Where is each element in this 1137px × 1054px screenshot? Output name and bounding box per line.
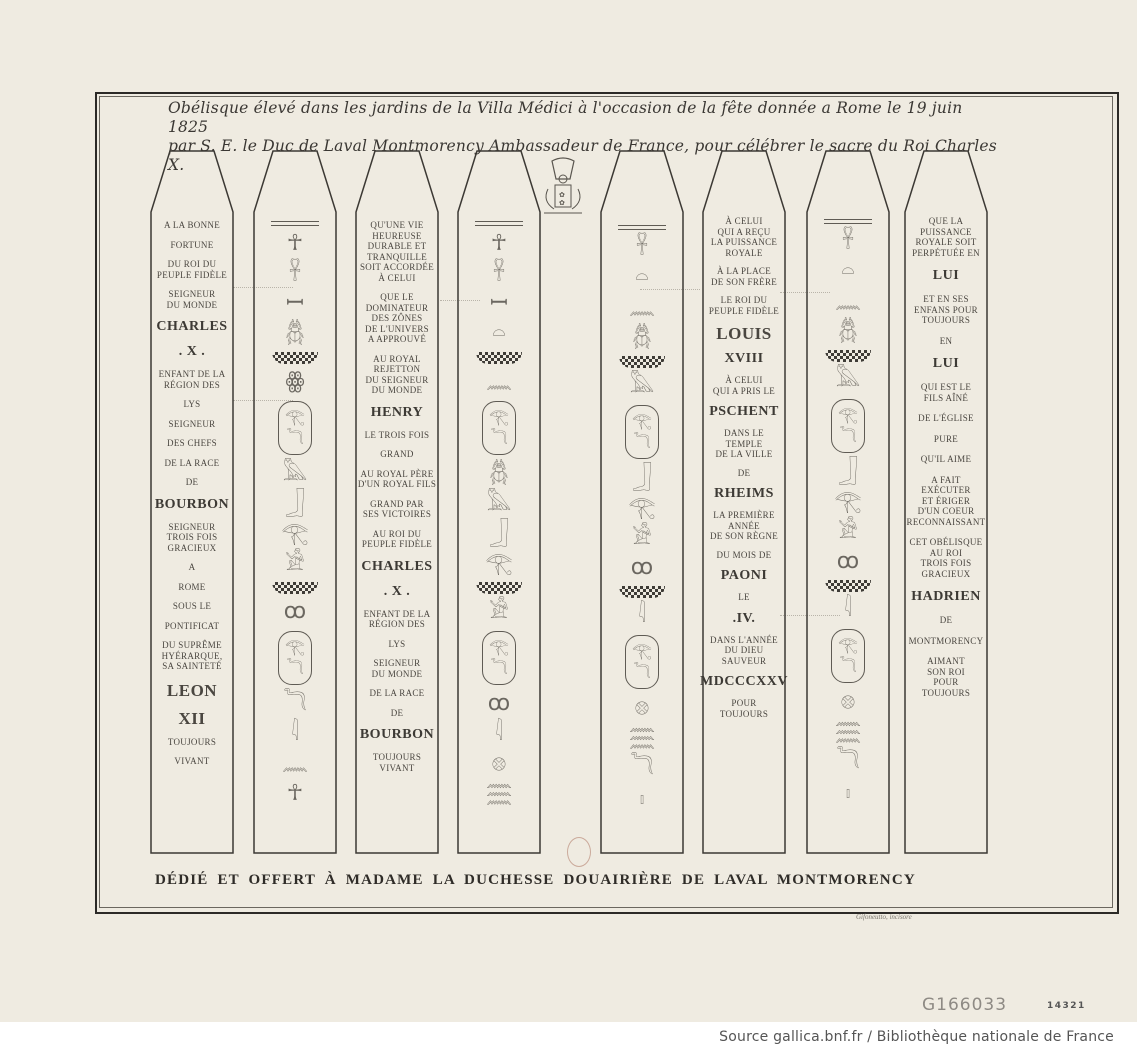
hieroglyph-icon: 𓆓: [490, 658, 507, 680]
inscription-line: vivant: [174, 756, 209, 767]
hieroglyph-icon: 𓂀: [632, 640, 652, 662]
hieroglyph-icon: 𓇋: [638, 601, 646, 631]
inscription-line: XVIII: [724, 351, 763, 367]
lintel-icon: [271, 221, 319, 226]
inscription-line: des chefs: [167, 438, 217, 449]
obelisk-6: à celui qui a reçu la puissance royaleà …: [702, 150, 786, 854]
inscription-line: LUI: [933, 356, 959, 372]
inscription-line: cet obélisque au roi trois fois gracieux: [910, 537, 983, 579]
obelisk-2: ☥𓋹ꟷ𓆣ꙮ𓂀𓆓𓅓𓃀𓂀𓀀ꝏ𓂀𓆓𓆓𓇋𓈖☥: [253, 150, 337, 854]
inscription-line: pour toujours: [720, 698, 768, 719]
hieroglyph-icon: 𓊖: [635, 693, 650, 723]
obelisk-2-hieroglyphs: ☥𓋹ꟷ𓆣ꙮ𓂀𓆓𓅓𓃀𓂀𓀀ꝏ𓂀𓆓𓆓𓇋𓈖☥: [263, 218, 327, 809]
inscription-line: enfant de la région des: [159, 369, 226, 390]
inscription-line: enfant de la région des: [364, 609, 431, 630]
hieroglyph-icon: ꝏ: [631, 553, 653, 583]
engraving-sheet: Obélisque élevé dans les jardins de la V…: [0, 0, 1137, 1022]
hieroglyph-icon: 𓈗: [486, 779, 512, 809]
basket-glyph-icon: [476, 352, 522, 364]
hieroglyph-icon: 𓈖: [835, 287, 861, 317]
hieroglyph-icon: 𓏏: [635, 263, 649, 293]
hieroglyph-icon: 𓅓: [487, 489, 512, 519]
inscription-line: et en ses enfans pour toujours: [914, 294, 978, 326]
obelisk-1: A la bonnefortunedu roi du peuple fidèle…: [150, 150, 234, 854]
obelisk-6-inscription: à celui qui a reçu la puissance royaleà …: [702, 216, 786, 719]
hieroglyph-icon: 𓂀: [489, 406, 509, 428]
cartouche-icon: 𓂀𓆓: [831, 629, 865, 683]
hieroglyph-icon: 𓆓: [286, 658, 303, 680]
obelisk-7: 𓋹𓏏𓈖𓆣𓅓𓂀𓆓𓃀𓂀𓀀ꝏ𓇋𓂀𓆓𓊖𓈗𓆓𓏤: [806, 150, 890, 854]
inscription-line: . X .: [384, 584, 411, 600]
inscription-line: fortune: [170, 240, 213, 251]
hieroglyph-icon: 𓇋: [844, 595, 852, 625]
obelisk-3-inscription: qu'une vie heureuse durable et tranquill…: [355, 220, 439, 773]
hieroglyph-icon: ꝏ: [837, 547, 859, 577]
inscription-line: HADRIEN: [911, 589, 981, 605]
cartouche-icon: 𓂀𓆓: [625, 405, 659, 459]
obelisk-8: que la puissance royale soit perpétuée e…: [904, 150, 988, 854]
lintel-icon: [618, 225, 666, 230]
inscription-line: du mois de: [716, 550, 771, 561]
hieroglyph-icon: 𓋹: [636, 233, 648, 263]
hieroglyph-icon: 𓀀: [285, 549, 305, 579]
inscription-line: CHARLES: [361, 559, 432, 575]
basket-glyph-icon: [272, 582, 318, 594]
hieroglyph-icon: 𓏤: [846, 777, 851, 807]
cartouche-icon: 𓂀𓆓: [625, 635, 659, 689]
cartouche-icon: 𓂀𓆓: [831, 399, 865, 453]
hieroglyph-icon: ☥: [287, 229, 303, 259]
hieroglyph-icon: 𓏤: [640, 783, 645, 813]
inscription-line: grand par ses victoires: [363, 499, 431, 520]
hieroglyph-icon: 𓆣: [632, 323, 652, 353]
obelisk-3: qu'une vie heureuse durable et tranquill…: [355, 150, 439, 854]
inscription-line: MONTMORENCY: [909, 636, 984, 647]
inscription-line: CHARLES: [156, 319, 227, 335]
hieroglyph-icon: 𓇋: [291, 719, 299, 749]
obelisk-4-hieroglyphs: ☥𓋹ꟷ𓏏𓈖𓂀𓆓𓆣𓅓𓃀𓂀𓀀𓂀𓆓ꝏ𓇋𓊖𓈗: [467, 218, 531, 809]
inscription-line: PAONI: [721, 568, 768, 584]
dedication-line: DÉDIÉ ET OFFERT À MADAME LA DUCHESSE DOU…: [155, 872, 995, 889]
title-line-1: Obélisque élevé dans les jardins de la V…: [168, 99, 998, 137]
svg-text:✿: ✿: [559, 191, 565, 199]
inscription-line: au roi du peuple fidèle: [362, 529, 432, 550]
inscription-line: la première année de son règne: [710, 510, 778, 542]
library-stamp: [567, 837, 591, 867]
hieroglyph-icon: 𓂀: [281, 519, 308, 549]
inscription-line: XII: [178, 709, 205, 728]
inscription-line: grand: [380, 449, 414, 460]
source-credit: Source gallica.bnf.fr / Bibliothèque nat…: [719, 1029, 1114, 1045]
inscription-line: le roi du peuple fidèle: [709, 295, 779, 316]
inscription-line: le: [738, 592, 750, 603]
inscription-line: à celui qui a reçu la puissance royale: [711, 216, 777, 258]
obelisk-7-hieroglyphs: 𓋹𓏏𓈖𓆣𓅓𓂀𓆓𓃀𓂀𓀀ꝏ𓇋𓂀𓆓𓊖𓈗𓆓𓏤: [816, 216, 880, 807]
hieroglyph-icon: 𓀀: [632, 523, 652, 553]
hieroglyph-icon: 𓂀: [632, 410, 652, 432]
hieroglyph-icon: 𓆓: [839, 656, 856, 678]
hieroglyph-icon: 𓋹: [493, 259, 505, 289]
inscription-line: A la bonne: [164, 220, 220, 231]
hieroglyph-icon: 𓃀: [632, 463, 652, 493]
hieroglyph-icon: ꝏ: [284, 597, 306, 627]
inscription-line: toujours: [168, 737, 216, 748]
inscription-line: pure: [934, 434, 958, 445]
basket-glyph-icon: [619, 356, 665, 368]
inscription-line: qu'il aime: [921, 454, 972, 465]
inscription-line: dans le temple de la ville: [715, 428, 772, 460]
engraver-signature: Gifoneutto, incisore: [856, 913, 912, 921]
hieroglyph-icon: 𓅓: [836, 365, 861, 395]
hieroglyph-icon: 𓈖: [629, 293, 655, 323]
basket-glyph-icon: [476, 582, 522, 594]
hieroglyph-icon: 𓂀: [834, 487, 861, 517]
hieroglyph-icon: 𓃀: [838, 457, 858, 487]
lintel-icon: [824, 219, 872, 224]
hieroglyph-icon: 𓇋: [495, 719, 503, 749]
inscription-line: à celui qui a pris le: [713, 375, 775, 396]
cartouche-icon: 𓂀𓆓: [278, 631, 312, 685]
hieroglyph-icon: 𓈗: [629, 723, 655, 753]
inscription-line: au royal rejetton du seigneur du monde: [365, 354, 428, 396]
hieroglyph-icon: 𓅓: [630, 371, 655, 401]
inscription-line: du suprême hyérarque, sa sainteté: [162, 640, 223, 672]
inscription-line: dans l'année du dieu sauveur: [710, 635, 778, 667]
inscription-line: qui est le fils aîné: [921, 382, 971, 403]
hieroglyph-icon: 𓂀: [838, 634, 858, 656]
basket-glyph-icon: [825, 580, 871, 592]
inscription-line: LUI: [933, 268, 959, 284]
cartouche-icon: 𓂀𓆓: [482, 631, 516, 685]
hieroglyph-icon: 𓆣: [838, 317, 858, 347]
inscription-line: BOURBON: [155, 497, 229, 513]
hieroglyph-icon: 𓂀: [489, 636, 509, 658]
inscription-line: de: [186, 477, 199, 488]
hieroglyph-icon: 𓂀: [285, 636, 305, 658]
lintel-icon: [475, 221, 523, 226]
hieroglyph-icon: 𓆓: [286, 428, 303, 450]
inscription-line: LEON: [167, 681, 217, 700]
hieroglyph-icon: 𓏏: [841, 257, 855, 287]
hieroglyph-icon: 𓂀: [285, 406, 305, 428]
hieroglyph-icon: 𓀀: [838, 517, 858, 547]
inscription-line: PSCHENT: [709, 404, 779, 420]
hieroglyph-icon: 𓊖: [841, 687, 856, 717]
inscription-line: HENRY: [371, 405, 424, 421]
inscription-line: toujours vivant: [373, 752, 421, 773]
hieroglyph-icon: ☥: [287, 779, 303, 809]
inscription-line: seigneur du monde: [372, 658, 423, 679]
hieroglyph-icon: 𓃀: [285, 489, 305, 519]
hieroglyph-icon: ꟷ: [286, 289, 304, 319]
inscription-line: de la race: [164, 458, 219, 469]
hieroglyph-icon: 𓂀: [838, 404, 858, 426]
hieroglyph-icon: ꝏ: [488, 689, 510, 719]
basket-glyph-icon: [825, 350, 871, 362]
inscription-line: seigneur du monde: [167, 289, 218, 310]
obelisk-1-inscription: A la bonnefortunedu roi du peuple fidèle…: [150, 220, 234, 767]
royal-emblem-icon: ✿ ✿: [540, 157, 586, 219]
hieroglyph-icon: 𓏏: [492, 319, 506, 349]
hieroglyph-icon: ꟷ: [490, 289, 508, 319]
hieroglyph-icon: 𓊖: [492, 749, 507, 779]
inscription-line: sous le: [173, 601, 211, 612]
inscription-line: de: [738, 468, 751, 479]
hieroglyph-icon: 𓆣: [285, 319, 305, 349]
hieroglyph-icon: 𓆓: [630, 753, 654, 783]
obelisk-4: ☥𓋹ꟷ𓏏𓈖𓂀𓆓𓆣𓅓𓃀𓂀𓀀𓂀𓆓ꝏ𓇋𓊖𓈗: [457, 150, 541, 854]
inscription-line: que le dominateur des zônes de l'univers…: [365, 292, 429, 345]
basket-glyph-icon: [272, 352, 318, 364]
inscription-line: MDCCCXXV: [700, 674, 788, 690]
hieroglyph-icon: 𓂀: [485, 549, 512, 579]
hieroglyph-icon: 𓆓: [490, 428, 507, 450]
svg-text:✿: ✿: [559, 199, 565, 207]
shelfmark: G166033: [922, 995, 1007, 1015]
hieroglyph-icon: 𓋹: [289, 259, 301, 289]
inscription-line: LYS: [388, 639, 405, 650]
cartouche-icon: 𓂀𓆓: [482, 401, 516, 455]
inscription-line: de la race: [369, 688, 424, 699]
hieroglyph-icon: 𓆓: [839, 426, 856, 448]
inscription-line: pontificat: [165, 621, 220, 632]
hieroglyph-icon: ꙮ: [285, 367, 304, 397]
hieroglyph-icon: 𓆓: [633, 662, 650, 684]
inscription-line: qu'une vie heureuse durable et tranquill…: [360, 220, 434, 283]
inscription-line: aimant son roi pour toujours: [922, 656, 970, 698]
inscription-line: que la puissance royale soit perpétuée e…: [912, 216, 980, 258]
inscription-line: LYS: [183, 399, 200, 410]
inscription-line: en: [940, 336, 953, 347]
inscription-line: du roi du peuple fidèle: [157, 259, 227, 280]
cartouche-icon: 𓂀𓆓: [278, 401, 312, 455]
obelisk-8-inscription: que la puissance royale soit perpétuée e…: [904, 216, 988, 698]
inscription-line: A: [189, 562, 196, 573]
inscription-line: . X .: [179, 344, 206, 360]
hieroglyph-icon: 𓆓: [633, 432, 650, 454]
inscription-line: .IV.: [733, 611, 756, 627]
hieroglyph-icon: 𓈗: [835, 717, 861, 747]
hieroglyph-icon: 𓃀: [489, 519, 509, 549]
inscription-line: à la place de son frère: [711, 266, 777, 287]
hieroglyph-icon: 𓈖: [486, 367, 512, 397]
inscription-line: BOURBON: [360, 727, 434, 743]
inscription-line: Rome: [178, 582, 205, 593]
inscription-line: a fait exécuter et ériger d'un coeur rec…: [907, 475, 986, 528]
hieroglyph-icon: 𓈖: [282, 749, 308, 779]
basket-glyph-icon: [619, 586, 665, 598]
hieroglyph-icon: 𓆓: [283, 689, 307, 719]
hieroglyph-icon: 𓆓: [836, 747, 860, 777]
hieroglyph-icon: 𓀀: [489, 597, 509, 627]
inscription-line: de: [391, 708, 404, 719]
inscription-line: seigneur trois fois gracieux: [167, 522, 218, 554]
inscription-line: le trois fois: [365, 430, 430, 441]
inscription-line: seigneur: [169, 419, 216, 430]
hieroglyph-icon: 𓂀: [628, 493, 655, 523]
inscription-line: RHEIMS: [714, 486, 774, 502]
obelisk-5: 𓋹𓏏𓈖𓆣𓅓𓂀𓆓𓃀𓂀𓀀ꝏ𓇋𓂀𓆓𓊖𓈗𓆓𓏤: [600, 150, 684, 854]
inscription-line: de: [940, 615, 953, 626]
inscription-line: de l'église: [918, 413, 974, 424]
obelisk-5-hieroglyphs: 𓋹𓏏𓈖𓆣𓅓𓂀𓆓𓃀𓂀𓀀ꝏ𓇋𓂀𓆓𓊖𓈗𓆓𓏤: [610, 222, 674, 813]
inscription-line: LOUIS: [716, 324, 771, 343]
hieroglyph-icon: ☥: [491, 229, 507, 259]
inscription-line: au royal père d'un royal fils: [358, 469, 436, 490]
hieroglyph-icon: 𓋹: [842, 227, 854, 257]
hieroglyph-icon: 𓅓: [283, 459, 308, 489]
plate-number: 14321: [1047, 1001, 1086, 1011]
hieroglyph-icon: 𓆣: [489, 459, 509, 489]
